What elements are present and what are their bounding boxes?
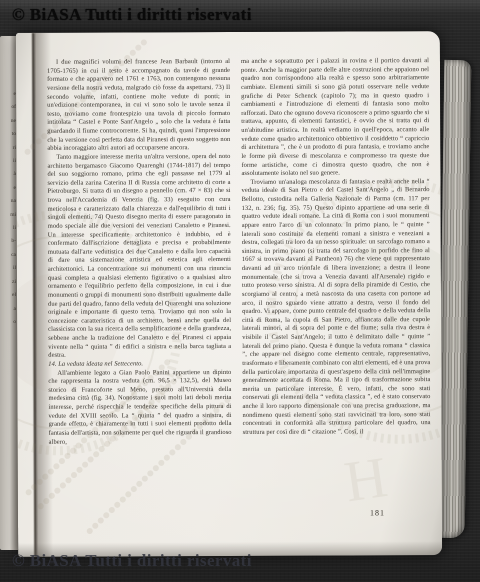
copyright-watermark-top: © BiASA Tutti i diritti riservati: [12, 5, 252, 25]
paragraph: I due magnifici volumi del francese Jean…: [47, 58, 230, 154]
stacked-page-edges: [438, 60, 472, 538]
copyright-watermark-bottom: © BiASA Tutti i diritti riservati: [12, 551, 252, 571]
scanned-book-viewer: © BiASA Tutti i diritti riservati e of n…: [0, 0, 480, 582]
paragraph: ma anche e soprattutto per i palazzi in …: [241, 57, 430, 179]
paragraph: All'ambiente legato a Gian Paolo Panini …: [48, 368, 231, 446]
facing-page-text-fragments: e of ne to ri ii à e na mi li b- ca il z…: [2, 88, 16, 329]
paragraph: Tanto maggiore interesse merita un'altra…: [47, 153, 231, 361]
scanned-page: H I due magnifici volumi del francese Je…: [16, 31, 442, 557]
left-text-column: I due magnifici volumi del francese Jean…: [47, 58, 232, 511]
paragraph: Troviamo un'analoga mescolanza di fantas…: [241, 178, 430, 438]
right-text-column: ma anche e soprattutto per i palazzi in …: [241, 57, 431, 510]
page-number: 181: [370, 508, 385, 517]
